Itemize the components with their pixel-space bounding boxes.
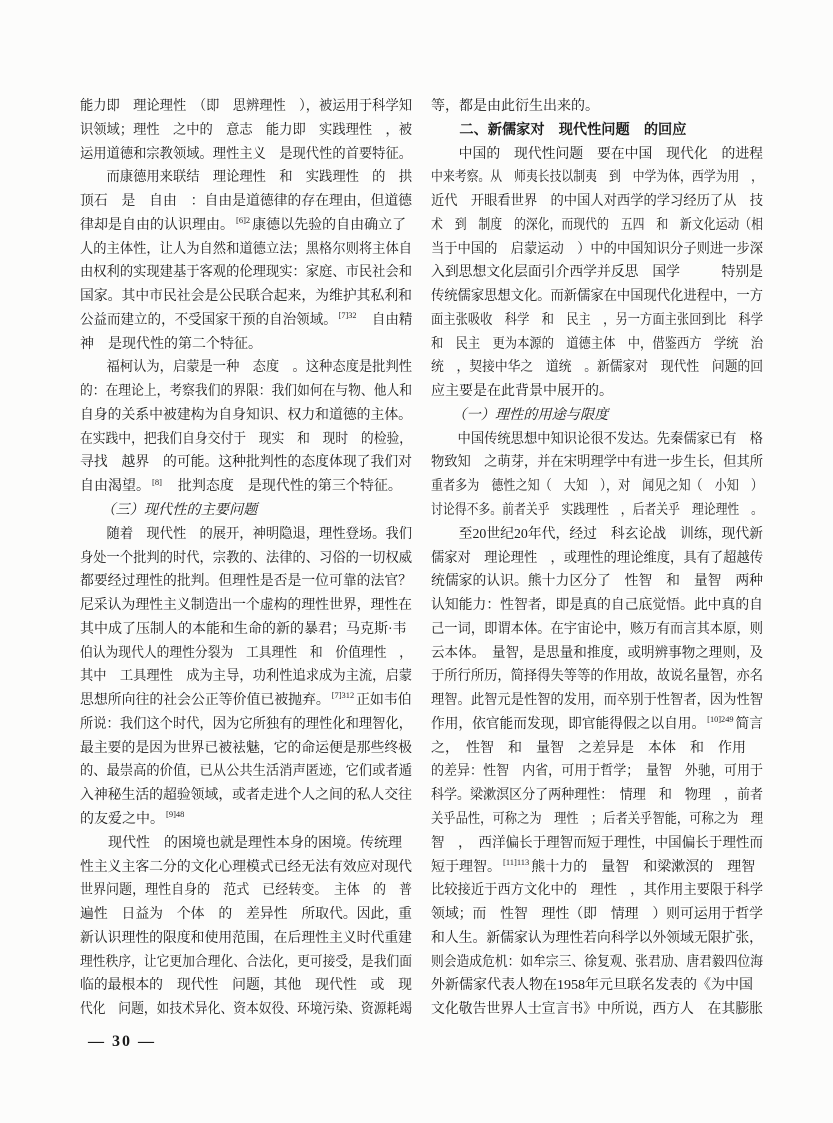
- text-line: 理智。此智元是性智的发用，而卒别于性智者，因为性智: [431, 689, 746, 713]
- text-line: 思想所向往的社会公正等价值已被抛弃。[7]312正如韦伯: [80, 689, 409, 713]
- text-line: 所说：我们这个时代，因为它所独有的理性化和理智化，: [80, 713, 395, 737]
- text-line: 其中 工具理性 成为主导，功利性追求成为主流，启蒙: [80, 665, 395, 689]
- citation-superscript: [7]312: [332, 690, 354, 700]
- text-line: 文化敬告世界人士宣言书》中所说，西方人 在其膨胀: [431, 998, 759, 1022]
- text-line: 作用，依官能而发现，即官能得假之以自用。[10]249简言: [431, 713, 756, 737]
- text-line: 认知能力：性智者，即是真的自己底觉悟。此中真的自: [431, 594, 759, 618]
- text-line: 的：在理论上，考察我们的界限：我们如何在与物、他人和: [80, 380, 383, 404]
- text-line: 传统儒家思想文化。而新儒家在中国现代化进程中，一方: [431, 285, 746, 309]
- text-line: 智 ， 西洋偏长于理智而短于理性，中国偏长于理性而: [431, 832, 752, 856]
- text-line: 物致知 之萌芽，并在宋明理学中有进一步生长，但其所: [431, 451, 746, 475]
- text-line: 关乎品性，可称之为 理性 ；后者关乎智能，可称之为 理: [431, 808, 723, 832]
- text-line: 神 是现代性的第二个特征。: [80, 333, 412, 357]
- text-line: 临的最根本的 现代性 问题，其他 现代性 或 现: [80, 974, 408, 998]
- text-line: 世界问题，理性自身的 范式 已经转变。 主体 的 普: [80, 879, 389, 903]
- text-line: 中国传统思想中知识论很不发达。先秦儒家已有 格: [431, 428, 746, 452]
- text-line: 随着 现代性 的展开，神明隐退，理性登场。我们: [80, 523, 395, 547]
- text-line: 最主要的是因为世界已被袪魅，它的命运便是那些终极: [80, 737, 408, 761]
- text-line: 儒家对 理论理性 ，或理性的理论维度，具有了超越传: [431, 547, 746, 571]
- text-line: 新认识理性的限度和使用范围，在后理性主义时代重建: [80, 927, 408, 951]
- text-line: 的、最崇高的价值，已从公共生活消声匿迹，它们或者遁: [80, 760, 395, 784]
- text-line: 寻找 越界 的可能。这种批判性的态度体现了我们对: [80, 451, 408, 475]
- citation-superscript: [10]249: [707, 714, 733, 724]
- text-line: 在实践中，把我们自身交付于 现实 和 现时 的检验，: [80, 428, 383, 452]
- page-number: — 30 —: [88, 1033, 156, 1051]
- text-line: 理性秩序，让它更加合理化、合法化，更可接受，是我们面: [80, 951, 383, 975]
- text-line: 己一词，即谓本体。在宇宙论中，赅万有而言其本原，则: [431, 618, 746, 642]
- text-line: 性主义主客二分的文化心理模式已经无法有效应对现代: [80, 856, 408, 880]
- text-line: 近代 开眼看世界 的中国人对西学的学习经历了从 技: [431, 190, 746, 214]
- text-line: 云本体。 量智，是思量和推度，或明辨事物之理则，及: [431, 642, 752, 666]
- text-line: 应主要是在此背景中展开的。: [431, 380, 763, 404]
- text-line: 入到思想文化层面引介西学并反思 国学 特别是: [431, 261, 759, 285]
- text-line: 自由渴望。[8] 批判态度 是现代性的第三个特征。: [80, 475, 412, 499]
- text-line: 统 ，契接中华之 道统 。新儒家对 现代性 问题的回: [431, 356, 734, 380]
- text-line: 当于中国的 启蒙运动 ）中的中国知识分子则进一步深: [431, 238, 746, 262]
- text-line: 国家。其中市民社会是公民联合起来，为维护其私利和: [80, 285, 408, 309]
- text-line: 运用道德和宗教领域。理性主义 是现代性的首要特征。: [80, 143, 395, 167]
- text-line: 遍性 日益为 个体 的 差异性 所取代。因此，重: [80, 903, 408, 927]
- text-line: 代化 问题，如技术异化、资本奴役、环境污染、资源耗竭: [80, 998, 383, 1022]
- text-line: 和 民主 更为本源的 道德主体 中，借鉴西方 学统 治: [431, 333, 723, 357]
- text-line: 则会造成危机：如牟宗三、徐复观、张君劢、唐君毅四位海: [431, 951, 734, 975]
- text-line: 等，都是由此衍生出来的。: [431, 95, 763, 119]
- text-columns: 能力即 理论理性 （即 思辨理性 ），被运用于科学知识领域；理性 之中的 意志 …: [80, 95, 763, 1022]
- text-line: 之， 性智 和 量智 之差异是 本体 和 作用: [431, 737, 763, 761]
- text-line: 于所行所历，简择得失等等的作用故，故说名量智，亦名: [431, 665, 746, 689]
- text-line: 识领域；理性 之中的 意志 能力即 实践理性 ，被: [80, 119, 395, 143]
- text-line: 现代性 的困境也就是理性本身的困境。传统理: [80, 832, 412, 856]
- citation-superscript: [7]32: [339, 310, 357, 320]
- text-line: 中来考察。从 师夷长技以制夷 到 中学为体，西学为用 ，: [431, 166, 712, 190]
- text-line: 的差异：性智 内省，可用于哲学； 量智 外驰，可用于: [431, 760, 740, 784]
- text-line: 律却是自由的认识理由。[6]2康德以先验的自由确立了: [80, 214, 412, 238]
- section-heading: 二、新儒家对 现代性问题 的回应: [431, 119, 763, 143]
- text-line: 术 到 制度 的深化，而现代的 五四 和 新文化运动（相: [431, 214, 712, 238]
- citation-superscript: [11]113: [503, 857, 529, 867]
- text-line: 面主张吸收 科学 和 民主 ，另一方面主张回到比 科学: [431, 309, 723, 333]
- citation-superscript: [8]: [152, 477, 162, 487]
- text-line: 中国的 现代性问题 要在中国 现代化 的进程: [431, 143, 759, 167]
- text-line: 福柯认为，启蒙是一种 态度 。这种态度是批判性: [80, 356, 395, 380]
- text-line: 而康德用来联结 理论理性 和 实践理性 的 拱: [80, 166, 395, 190]
- text-line: 伯认为现代人的理性分裂为 工具理性 和 价值理性 ，: [80, 642, 383, 666]
- left-column: 能力即 理论理性 （即 思辨理性 ），被运用于科学知识领域；理性 之中的 意志 …: [80, 95, 412, 1022]
- text-line: 的友爱之中。[9]48: [80, 808, 412, 832]
- text-line: 重者多为 德性之知（ 大知 ），对 闻见之知（ 小知 ）: [431, 475, 717, 499]
- text-line: 由权利的实现建基于客观的伦理现实：家庭、市民社会和: [80, 261, 395, 285]
- text-line: 短于理智。[11]113熊十力的 量智 和梁漱溟的 理智: [431, 856, 763, 880]
- text-line: 公益而建立的，不受国家干预的自治领域。[7]32 自由精: [80, 309, 400, 333]
- right-column: 等，都是由此衍生出来的。 二、新儒家对 现代性问题 的回应 中国的 现代性问题 …: [431, 95, 763, 1022]
- text-line: 身处一个批判的时代，宗教的、法律的、习俗的一切权威: [80, 547, 395, 571]
- text-line: 人的主体性，让人为自然和道德立法；黑格尔则将主体自: [80, 238, 395, 262]
- citation-superscript: [9]48: [166, 809, 184, 819]
- text-line: 尼采认为理性主义制造出一个虚构的理性世界，理性在: [80, 594, 408, 618]
- citation-superscript: [6]2: [236, 215, 250, 225]
- text-line: 自身的关系中被建构为自身知识、权力和道德的主体。: [80, 404, 408, 428]
- text-line: 和人生。新儒家认为理性若向科学以外领域无限扩张，: [431, 927, 759, 951]
- paper-page: 能力即 理论理性 （即 思辨理性 ），被运用于科学知识领域；理性 之中的 意志 …: [0, 0, 833, 1123]
- text-line: 科学。梁漱溟区分了两种理性： 情理 和 物理 ，前者: [431, 784, 740, 808]
- text-line: 至20世纪20年代，经过 科玄论战 训练，现代新: [431, 523, 759, 547]
- text-line: 领域；而 性智 理性（即 情理 ）则可运用于哲学: [431, 903, 759, 927]
- text-line: 统儒家的认识。熊十力区分了 性智 和 量智 两种: [431, 570, 759, 594]
- text-line: 比较接近于西方文化中的 理性 ，其作用主要限于科学: [431, 879, 746, 903]
- text-line: 外新儒家代表人物在1958年元旦联名发表的《为中国: [431, 974, 763, 998]
- section-heading: （一）理性的用途与限度: [431, 404, 763, 428]
- section-heading: （三）现代性的主要问题: [80, 499, 412, 523]
- text-line: 其中成了压制人的本能和生命的新的暴君；马克斯·韦: [80, 618, 412, 642]
- text-line: 能力即 理论理性 （即 思辨理性 ），被运用于科学知: [80, 95, 395, 119]
- text-line: 都要经过理性的批判。但理性是否是一位可靠的法官？: [80, 570, 408, 594]
- text-line: 顶石 是 自由 ：自由是道德律的存在理由，但道德: [80, 190, 408, 214]
- text-line: 讨论得不多。前者关乎 实践理性 ，后者关乎 理论理性 。: [431, 499, 712, 523]
- text-line: 入神秘生活的超验领域，或者走进个人之间的私人交往: [80, 784, 408, 808]
